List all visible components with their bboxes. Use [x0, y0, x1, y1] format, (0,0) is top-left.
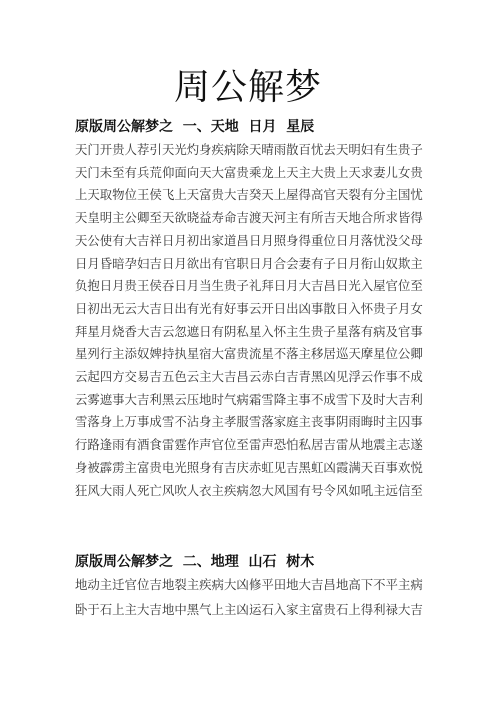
- dream-entry: 云赤白吉青黑凶: [249, 369, 336, 385]
- dream-entry-row: 地动主迁官位吉地裂主疾病大凶修平田地大吉昌地高下不平主病: [75, 577, 495, 593]
- dream-entry: 地动主迁官位吉: [75, 577, 162, 593]
- dream-entry: 天皇明主公卿至: [75, 210, 162, 226]
- dream-entry: 雪下及时大吉利: [336, 392, 423, 408]
- dream-entry: 日月衔山奴欺主: [336, 256, 423, 272]
- dream-entry-row: 星列行主添奴婢持执星宿大富贵流星不落主移居巡天摩星位公卿: [75, 346, 495, 362]
- dream-entry: 运石入家主富贵: [249, 602, 336, 618]
- dream-entry: 拜星月烧香大吉: [75, 324, 162, 340]
- dream-entry: 日光入屋官位至: [336, 278, 423, 294]
- dream-entry: 地中黑气上主凶: [162, 602, 249, 618]
- dream-entry: 黑云压地时气病: [162, 392, 249, 408]
- section-heading: 原版周公解梦之 二、地理 山石 树木: [75, 553, 314, 571]
- dream-entry: 天光灼身疾病除: [162, 142, 249, 158]
- dream-entry-row: 天皇明主公卿至天欲晓益寿命吉渡天河主有所吉天地合所求皆得: [75, 210, 495, 226]
- dream-entry: 持执星宿大富贵: [162, 346, 249, 362]
- dream-entry: 天明妇有生贵子: [336, 142, 423, 158]
- dream-entry: 卧于石上主大吉: [75, 602, 162, 618]
- dream-entry: 日月照身得重位: [249, 233, 336, 249]
- dream-entry: 雪落身上万事成: [75, 414, 162, 430]
- dream-entry: 吞日月当生贵子: [162, 278, 249, 294]
- page-title: 周公解梦: [0, 66, 496, 110]
- dream-entry: 云开日出凶事散: [249, 301, 336, 317]
- dream-entry-row: 天门开贵人荐引天光灼身疾病除天晴雨散百忧去天明妇有生贵子: [75, 142, 495, 158]
- dream-entry: 上天取物位王侯: [75, 187, 162, 203]
- dream-entry-row: 卧于石上主大吉地中黑气上主凶运石入家主富贵石上得利禄大吉: [75, 602, 495, 618]
- dream-entry: 乘龙上天主大贵: [249, 165, 336, 181]
- dream-entry: 地裂主疾病大凶: [162, 577, 249, 593]
- dream-entry: 五色云主大吉昌: [162, 369, 249, 385]
- dream-entry: 巡天摩星位公卿: [336, 346, 423, 362]
- dream-entry: 渡天河主有所吉: [249, 210, 336, 226]
- dream-entry: 天门开贵人荐引: [75, 142, 162, 158]
- dream-entry: 日月落忧没父母: [336, 233, 423, 249]
- dream-entry: 星入怀主生贵子: [249, 324, 336, 340]
- dream-entry: 阴雨晦时主囚事: [336, 414, 423, 430]
- dream-entry-row: 天公使有大吉祥日月初出家道昌日月照身得重位日月落忧没父母: [75, 233, 495, 249]
- dream-entry: 天欲晓益寿命吉: [162, 210, 249, 226]
- dream-entry-row: 日月昏暗孕妇吉日月欲出有官职日月合会妻有子日月衔山奴欺主: [75, 256, 495, 272]
- dream-entry-row: 上天取物位王侯飞上天富贵大吉癸天上屋得高官天裂有分主国忧: [75, 187, 495, 203]
- dream-entry: 狂风大雨人死亡: [75, 483, 162, 499]
- dream-entry: 身被霹雳主富贵: [75, 460, 162, 476]
- dream-entry: 雷霆作声官位至: [162, 437, 249, 453]
- dream-entry: 地高下不平主病: [336, 577, 423, 593]
- dream-entry: 负抱日月贵王侯: [75, 278, 162, 294]
- dream-entry: 雷声恐怕私居吉: [249, 437, 336, 453]
- dream-entry: 风吹人衣主疾病: [162, 483, 249, 499]
- dream-entry: 上天求妻儿女贵: [336, 165, 423, 181]
- dream-entry: 仰面向天大富贵: [162, 165, 249, 181]
- dream-entry: 星列行主添奴婢: [75, 346, 162, 362]
- dream-entry-row: 云雾遮事大吉利黑云压地时气病霜雪降主事不成雪下及时大吉利: [75, 392, 495, 408]
- dream-entry: 见浮云作事不成: [336, 369, 423, 385]
- dream-entry: 流星不落主移居: [249, 346, 336, 362]
- dream-entry-row: 雪落身上万事成雪不沾身主孝服雪落家庭主丧事阴雨晦时主囚事: [75, 414, 495, 430]
- dream-entry-row: 行路逢雨有酒食雷霆作声官位至雷声恐怕私居吉雷从地震主志遂: [75, 437, 495, 453]
- dream-entry: 日月合会妻有子: [249, 256, 336, 272]
- dream-entry-row: 狂风大雨人死亡风吹人衣主疾病忽大风国有号令风如吼主远信至: [75, 483, 495, 499]
- dream-entry: 癸天上屋得高官: [249, 187, 336, 203]
- dream-entry-row: 云起四方交易吉五色云主大吉昌云赤白吉青黑凶见浮云作事不成: [75, 369, 495, 385]
- dream-entry-row: 身被霹雳主富贵电光照身有吉庆赤虹见吉黑虹凶霞满天百事欢悦: [75, 460, 495, 476]
- dream-entry: 雪不沾身主孝服: [162, 414, 249, 430]
- dream-entry: 电光照身有吉庆: [162, 460, 249, 476]
- dream-entry: 日出有光有好事: [162, 301, 249, 317]
- dream-entry: 天公使有大吉祥: [75, 233, 162, 249]
- dream-entry: 霞满天百事欢悦: [336, 460, 423, 476]
- section-heading: 原版周公解梦之 一、天地 日月 星辰: [75, 118, 314, 136]
- dream-entry: 天晴雨散百忧去: [249, 142, 336, 158]
- dream-entry: 天门未至有兵荒: [75, 165, 162, 181]
- dream-entry: 日月初出家道昌: [162, 233, 249, 249]
- dream-entry-row: 天门未至有兵荒仰面向天大富贵乘龙上天主大贵上天求妻儿女贵: [75, 165, 495, 181]
- dream-entry: 飞上天富贵大吉: [162, 187, 249, 203]
- dream-entry: 石上得利禄大吉: [336, 602, 423, 618]
- dream-entry: 忽大风国有号令: [249, 483, 336, 499]
- dream-entry: 日初出无云大吉: [75, 301, 162, 317]
- dream-entry: 天地合所求皆得: [336, 210, 423, 226]
- dream-entry-row: 负抱日月贵王侯吞日月当生贵子礼拜日月大吉昌日光入屋官位至: [75, 278, 495, 294]
- dream-entry: 礼拜日月大吉昌: [249, 278, 336, 294]
- dream-entry: 行路逢雨有酒食: [75, 437, 162, 453]
- dream-entry: 日月昏暗孕妇吉: [75, 256, 162, 272]
- dream-entry: 日入怀贵子月女: [336, 301, 423, 317]
- dream-entry-row: 拜星月烧香大吉云忽遮日有阴私星入怀主生贵子星落有病及官事: [75, 324, 495, 340]
- dream-entry: 云起四方交易吉: [75, 369, 162, 385]
- dream-entry: 天裂有分主国忧: [336, 187, 423, 203]
- dream-entry: 霜雪降主事不成: [249, 392, 336, 408]
- dream-entry: 雷从地震主志遂: [336, 437, 423, 453]
- dream-entry: 雪落家庭主丧事: [249, 414, 336, 430]
- document-page: 周公解梦 原版周公解梦之 一、天地 日月 星辰天门开贵人荐引天光灼身疾病除天晴雨…: [0, 0, 496, 702]
- dream-entry: 云忽遮日有阴私: [162, 324, 249, 340]
- dream-entry-row: 日初出无云大吉日出有光有好事云开日出凶事散日入怀贵子月女: [75, 301, 495, 317]
- dream-entry: 日月欲出有官职: [162, 256, 249, 272]
- dream-entry: 赤虹见吉黑虹凶: [249, 460, 336, 476]
- dream-entry: 风如吼主远信至: [336, 483, 423, 499]
- dream-entry: 修平田地大吉昌: [249, 577, 336, 593]
- dream-entry: 云雾遮事大吉利: [75, 392, 162, 408]
- dream-entry: 星落有病及官事: [336, 324, 423, 340]
